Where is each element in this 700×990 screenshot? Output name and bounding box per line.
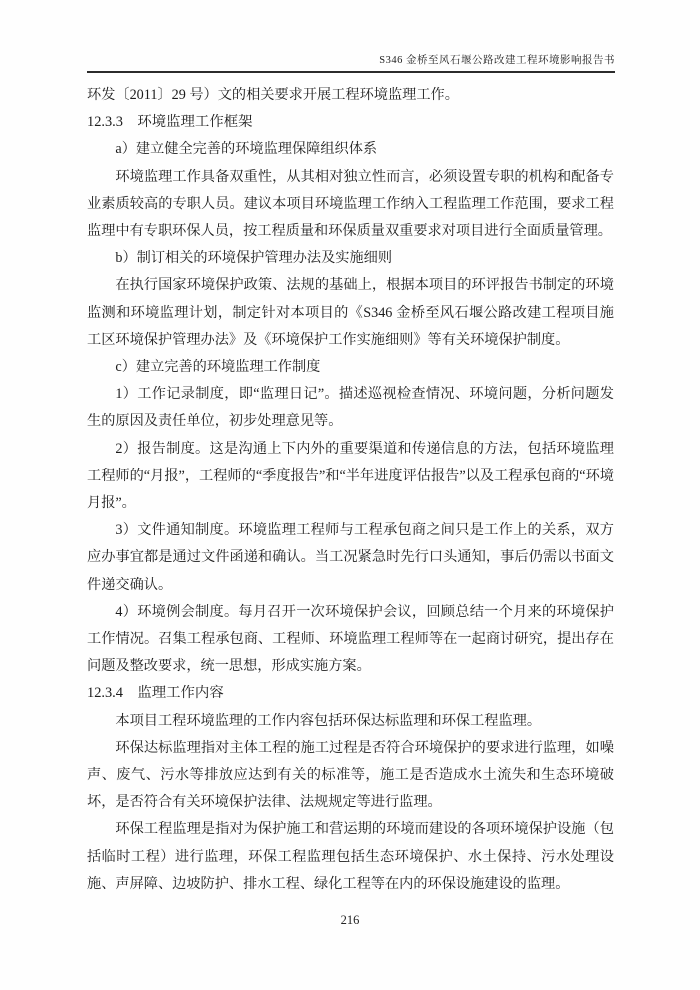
paragraph: 在执行国家环境保护政策、法规的基础上，根据本项目的环评报告书制定的环境监测和环境… bbox=[87, 272, 614, 354]
document-page: S346 金桥至风石堰公路改建工程环境影响报告书 环发〔2011〕29 号）文的… bbox=[0, 0, 700, 990]
list-item-a: a）建立健全完善的环境监理保障组织体系 bbox=[87, 136, 614, 163]
document-body: 环发〔2011〕29 号）文的相关要求开展工程环境监理工作。 12.3.3 环境… bbox=[87, 82, 614, 898]
list-item-4: 4）环境例会制度。每月召开一次环境保护会议，回顾总结一个月来的环境保护工作情况。… bbox=[87, 599, 614, 681]
paragraph: 本项目工程环境监理的工作内容包括环保达标监理和环保工程监理。 bbox=[87, 708, 614, 735]
page-number: 216 bbox=[341, 913, 360, 927]
paragraph: 环境监理工作具备双重性，从其相对独立性而言，必须设置专职的机构和配备专业素质较高… bbox=[87, 164, 614, 246]
page-header: S346 金桥至风石堰公路改建工程环境影响报告书 bbox=[87, 0, 615, 73]
header-title: S346 金桥至风石堰公路改建工程环境影响报告书 bbox=[379, 52, 615, 67]
list-item-2: 2）报告制度。这是沟通上下内外的重要渠道和传递信息的方法，包括环境监理工程师的“… bbox=[87, 436, 614, 518]
paragraph: 环保达标监理指对主体工程的施工过程是否符合环境保护的要求进行监理，如噪声、废气、… bbox=[87, 735, 614, 817]
paragraph-continuation: 环发〔2011〕29 号）文的相关要求开展工程环境监理工作。 bbox=[87, 82, 614, 109]
page-footer: 216 bbox=[0, 913, 700, 928]
list-item-1: 1）工作记录制度，即“监理日记”。描述巡视检查情况、环境问题，分析问题发生的原因… bbox=[87, 381, 614, 435]
paragraph: 环保工程监理是指对为保护施工和营运期的环境而建设的各项环境保护设施（包括临时工程… bbox=[87, 816, 614, 898]
section-heading-12-3-4: 12.3.4 监理工作内容 bbox=[87, 680, 614, 707]
list-item-c: c）建立完善的环境监理工作制度 bbox=[87, 354, 614, 381]
list-item-3: 3）文件通知制度。环境监理工程师与工程承包商之间只是工作上的关系，双方应办事宜都… bbox=[87, 517, 614, 599]
list-item-b: b）制订相关的环境保护管理办法及实施细则 bbox=[87, 245, 614, 272]
section-heading-12-3-3: 12.3.3 环境监理工作框架 bbox=[87, 109, 614, 136]
